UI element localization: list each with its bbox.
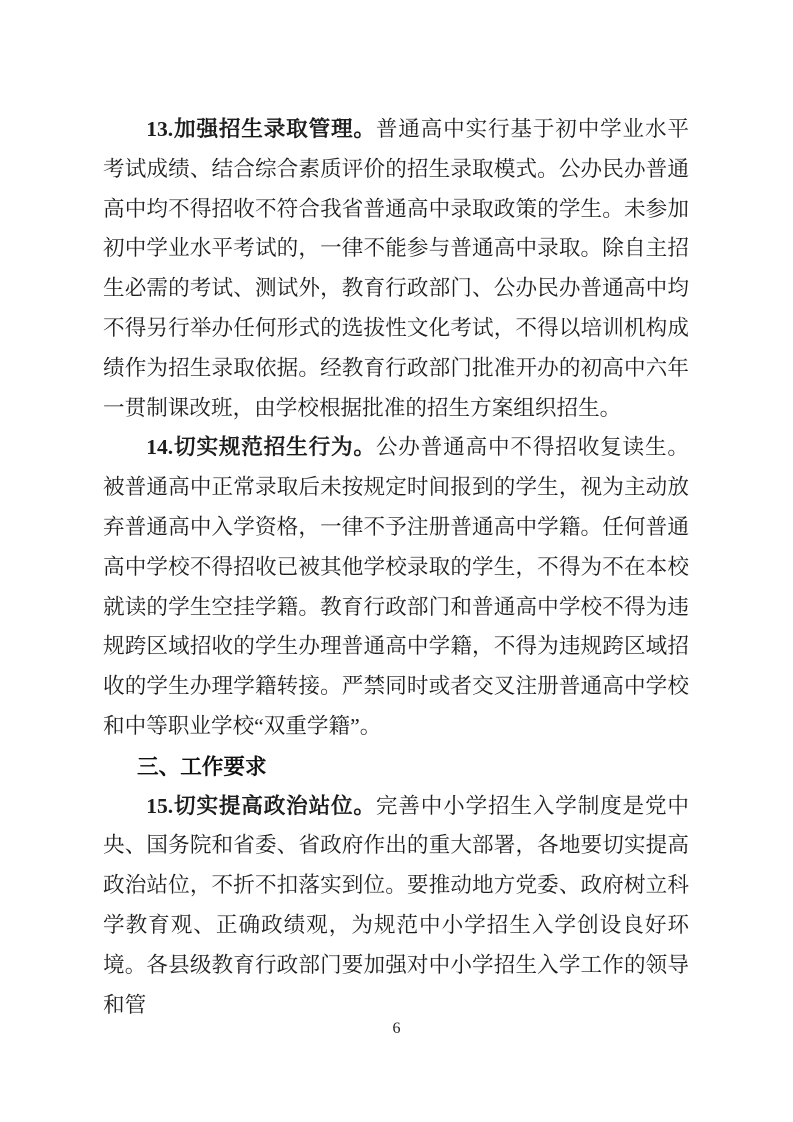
paragraph-13: 13.加强招生录取管理。普通高中实行基于初中学业水平考试成绩、结合综合素质评价的… (103, 110, 689, 428)
paragraph-13-lead: 13.加强招生录取管理。 (146, 117, 376, 141)
page-number: 6 (0, 1018, 793, 1040)
paragraph-13-text: 普通高中实行基于初中学业水平考试成绩、结合综合素质评价的招生录取模式。公办民办普… (103, 117, 689, 420)
paragraph-14: 14.切实规范招生行为。公办普通高中不得招收复读生。被普通高中正常录取后未按规定… (103, 428, 689, 746)
section-heading-work-requirements: 三、工作要求 (103, 747, 689, 787)
paragraph-15: 15.切实提高政治站位。完善中小学招生入学制度是党中央、国务院和省委、省政府作出… (103, 787, 689, 1026)
paragraph-15-text: 完善中小学招生入学制度是党中央、国务院和省委、省政府作出的重大部署，各地要切实提… (103, 794, 689, 1017)
document-page: 13.加强招生录取管理。普通高中实行基于初中学业水平考试成绩、结合综合素质评价的… (0, 0, 793, 1122)
paragraph-15-lead: 15.切实提高政治站位。 (146, 794, 376, 818)
document-body: 13.加强招生录取管理。普通高中实行基于初中学业水平考试成绩、结合综合素质评价的… (103, 110, 689, 1025)
paragraph-14-text: 公办普通高中不得招收复读生。被普通高中正常录取后未按规定时间报到的学生，视为主动… (103, 435, 689, 738)
paragraph-14-lead: 14.切实规范招生行为。 (146, 435, 376, 459)
